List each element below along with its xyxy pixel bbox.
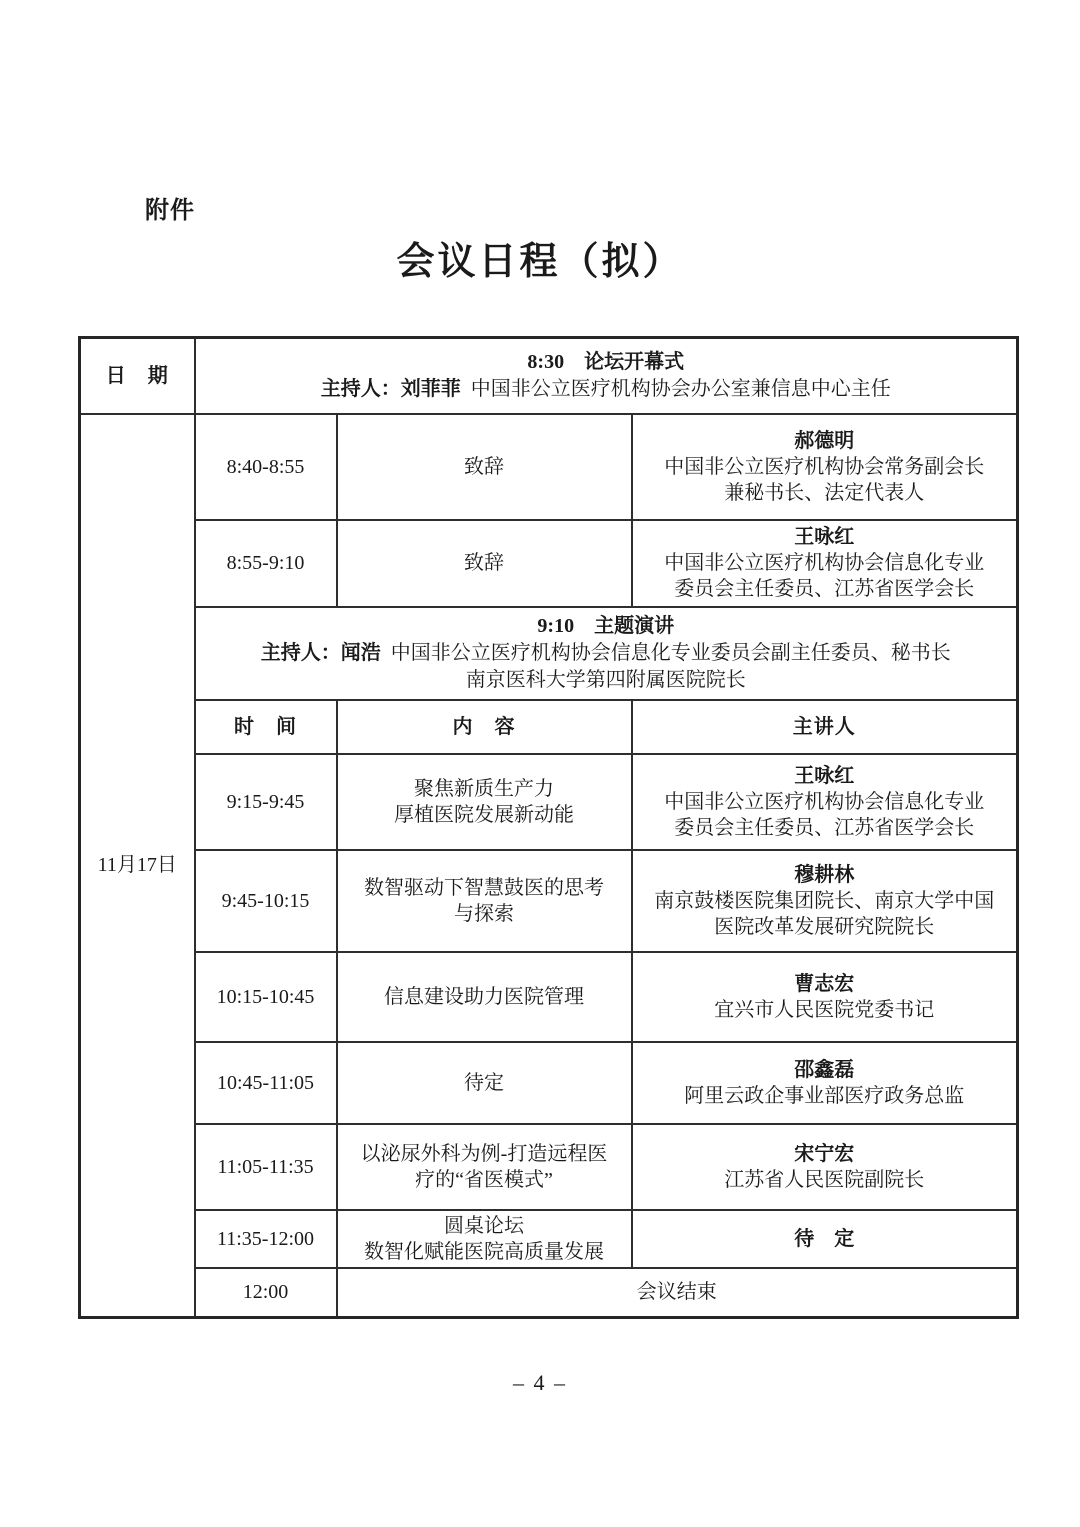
host-name: 闻浩	[341, 642, 381, 664]
time-cell: 12:00	[195, 1268, 337, 1318]
speaker-cell: 穆耕林 南京鼓楼医院集团院长、南京大学中国 医院改革发展研究院院长	[632, 850, 1018, 952]
time-cell: 11:05-11:35	[195, 1124, 337, 1210]
content-cell: 圆桌论坛 数智化赋能医院高质量发展	[337, 1210, 632, 1268]
speaker-cell: 宋宁宏 江苏省人民医院副院长	[632, 1124, 1018, 1210]
closing-cell: 会议结束	[337, 1268, 1018, 1318]
column-header-content: 内 容	[337, 700, 632, 754]
time-cell: 8:55-9:10	[195, 520, 337, 607]
opening-title: 论坛开幕式	[584, 351, 684, 373]
speaker-name: 曹志宏	[639, 971, 1011, 997]
content-cell: 致辞	[337, 414, 632, 520]
speaker-name: 王咏红	[639, 524, 1011, 550]
speaker-name: 待 定	[639, 1226, 1011, 1252]
opening-session-header: 8:30论坛开幕式 主持人：刘菲菲中国非公立医疗机构协会办公室兼信息中心主任	[195, 338, 1018, 414]
host-label: 主持人：	[321, 378, 401, 400]
table-row: 11:35-12:00 圆桌论坛 数智化赋能医院高质量发展 待 定	[80, 1210, 1018, 1268]
table-row: 10:45-11:05 待定 邵鑫磊 阿里云政企事业部医疗政务总监	[80, 1042, 1018, 1124]
keynote-title: 主题演讲	[594, 615, 674, 637]
table-row: 12:00 会议结束	[80, 1268, 1018, 1318]
speaker-name: 郝德明	[639, 428, 1011, 454]
opening-session-title: 8:30论坛开幕式	[202, 349, 1011, 375]
host-name: 刘菲菲	[401, 378, 461, 400]
table-row: 9:15-9:45 聚焦新质生产力 厚植医院发展新动能 王咏红 中国非公立医疗机…	[80, 754, 1018, 850]
speaker-name: 邵鑫磊	[639, 1057, 1011, 1083]
date-value: 11月17日	[87, 852, 188, 878]
host-title: 中国非公立医疗机构协会信息化专业委员会副主任委员、秘书长	[391, 642, 951, 664]
host-title: 中国非公立医疗机构协会办公室兼信息中心主任	[471, 378, 891, 400]
table-row: 11月17日 8:40-8:55 致辞 郝德明 中国非公立医疗机构协会常务副会长…	[80, 414, 1018, 520]
speaker-cell: 待 定	[632, 1210, 1018, 1268]
speaker-cell: 郝德明 中国非公立医疗机构协会常务副会长 兼秘书长、法定代表人	[632, 414, 1018, 520]
speaker-title: 中国非公立医疗机构协会信息化专业 委员会主任委员、江苏省医学会长	[639, 789, 1011, 841]
date-column-header: 日 期	[80, 338, 195, 414]
keynote-session-title: 9:10主题演讲	[202, 613, 1011, 639]
document-page: 附件 会议日程（拟） 日 期 8:30论坛开幕式 主持人：刘菲菲中国非公立医疗机…	[0, 0, 1080, 1527]
keynote-host-line: 主持人：闻浩中国非公立医疗机构协会信息化专业委员会副主任委员、秘书长	[202, 640, 1011, 666]
content-cell: 信息建设助力医院管理	[337, 952, 632, 1042]
speaker-cell: 曹志宏 宜兴市人民医院党委书记	[632, 952, 1018, 1042]
table-row: 10:15-10:45 信息建设助力医院管理 曹志宏 宜兴市人民医院党委书记	[80, 952, 1018, 1042]
speaker-title: 中国非公立医疗机构协会信息化专业 委员会主任委员、江苏省医学会长	[639, 550, 1011, 602]
speaker-title: 南京鼓楼医院集团院长、南京大学中国 医院改革发展研究院院长	[639, 888, 1011, 940]
table-header-row: 时 间 内 容 主讲人	[80, 700, 1018, 754]
opening-time: 8:30	[527, 351, 564, 373]
content-cell: 聚焦新质生产力 厚植医院发展新动能	[337, 754, 632, 850]
table-row: 日 期 8:30论坛开幕式 主持人：刘菲菲中国非公立医疗机构协会办公室兼信息中心…	[80, 338, 1018, 414]
time-cell: 9:15-9:45	[195, 754, 337, 850]
keynote-time: 9:10	[537, 615, 574, 637]
speaker-name: 穆耕林	[639, 862, 1011, 888]
speaker-cell: 王咏红 中国非公立医疗机构协会信息化专业 委员会主任委员、江苏省医学会长	[632, 520, 1018, 607]
speaker-cell: 王咏红 中国非公立医疗机构协会信息化专业 委员会主任委员、江苏省医学会长	[632, 754, 1018, 850]
page-number: – 4 –	[0, 1370, 1080, 1396]
speaker-title: 江苏省人民医院副院长	[639, 1167, 1011, 1193]
attachment-label: 附件	[145, 190, 195, 225]
speaker-name: 王咏红	[639, 763, 1011, 789]
table-row: 9:10主题演讲 主持人：闻浩中国非公立医疗机构协会信息化专业委员会副主任委员、…	[80, 607, 1018, 700]
keynote-host-title-line2: 南京医科大学第四附属医院院长	[202, 667, 1011, 693]
content-cell: 致辞	[337, 520, 632, 607]
table-row: 9:45-10:15 数智驱动下智慧鼓医的思考 与探索 穆耕林 南京鼓楼医院集团…	[80, 850, 1018, 952]
opening-host: 主持人：刘菲菲	[321, 378, 461, 400]
time-cell: 10:15-10:45	[195, 952, 337, 1042]
time-cell: 8:40-8:55	[195, 414, 337, 520]
opening-host-line: 主持人：刘菲菲中国非公立医疗机构协会办公室兼信息中心主任	[202, 376, 1011, 402]
time-cell: 11:35-12:00	[195, 1210, 337, 1268]
speaker-name: 宋宁宏	[639, 1141, 1011, 1167]
content-cell: 待定	[337, 1042, 632, 1124]
page-title: 会议日程（拟）	[0, 230, 1080, 285]
schedule-table: 日 期 8:30论坛开幕式 主持人：刘菲菲中国非公立医疗机构协会办公室兼信息中心…	[78, 336, 1019, 1319]
content-cell: 数智驱动下智慧鼓医的思考 与探索	[337, 850, 632, 952]
table-row: 8:55-9:10 致辞 王咏红 中国非公立医疗机构协会信息化专业 委员会主任委…	[80, 520, 1018, 607]
keynote-host: 主持人：闻浩	[261, 642, 381, 664]
column-header-speaker: 主讲人	[632, 700, 1018, 754]
content-cell: 以泌尿外科为例-打造远程医 疗的“省医模式”	[337, 1124, 632, 1210]
speaker-cell: 邵鑫磊 阿里云政企事业部医疗政务总监	[632, 1042, 1018, 1124]
date-cell: 11月17日	[80, 414, 195, 1318]
column-header-time: 时 间	[195, 700, 337, 754]
time-cell: 10:45-11:05	[195, 1042, 337, 1124]
speaker-title: 宜兴市人民医院党委书记	[639, 997, 1011, 1023]
keynote-session-header: 9:10主题演讲 主持人：闻浩中国非公立医疗机构协会信息化专业委员会副主任委员、…	[195, 607, 1018, 700]
table-row: 11:05-11:35 以泌尿外科为例-打造远程医 疗的“省医模式” 宋宁宏 江…	[80, 1124, 1018, 1210]
time-cell: 9:45-10:15	[195, 850, 337, 952]
host-label: 主持人：	[261, 642, 341, 664]
speaker-title: 中国非公立医疗机构协会常务副会长 兼秘书长、法定代表人	[639, 454, 1011, 506]
speaker-title: 阿里云政企事业部医疗政务总监	[639, 1083, 1011, 1109]
